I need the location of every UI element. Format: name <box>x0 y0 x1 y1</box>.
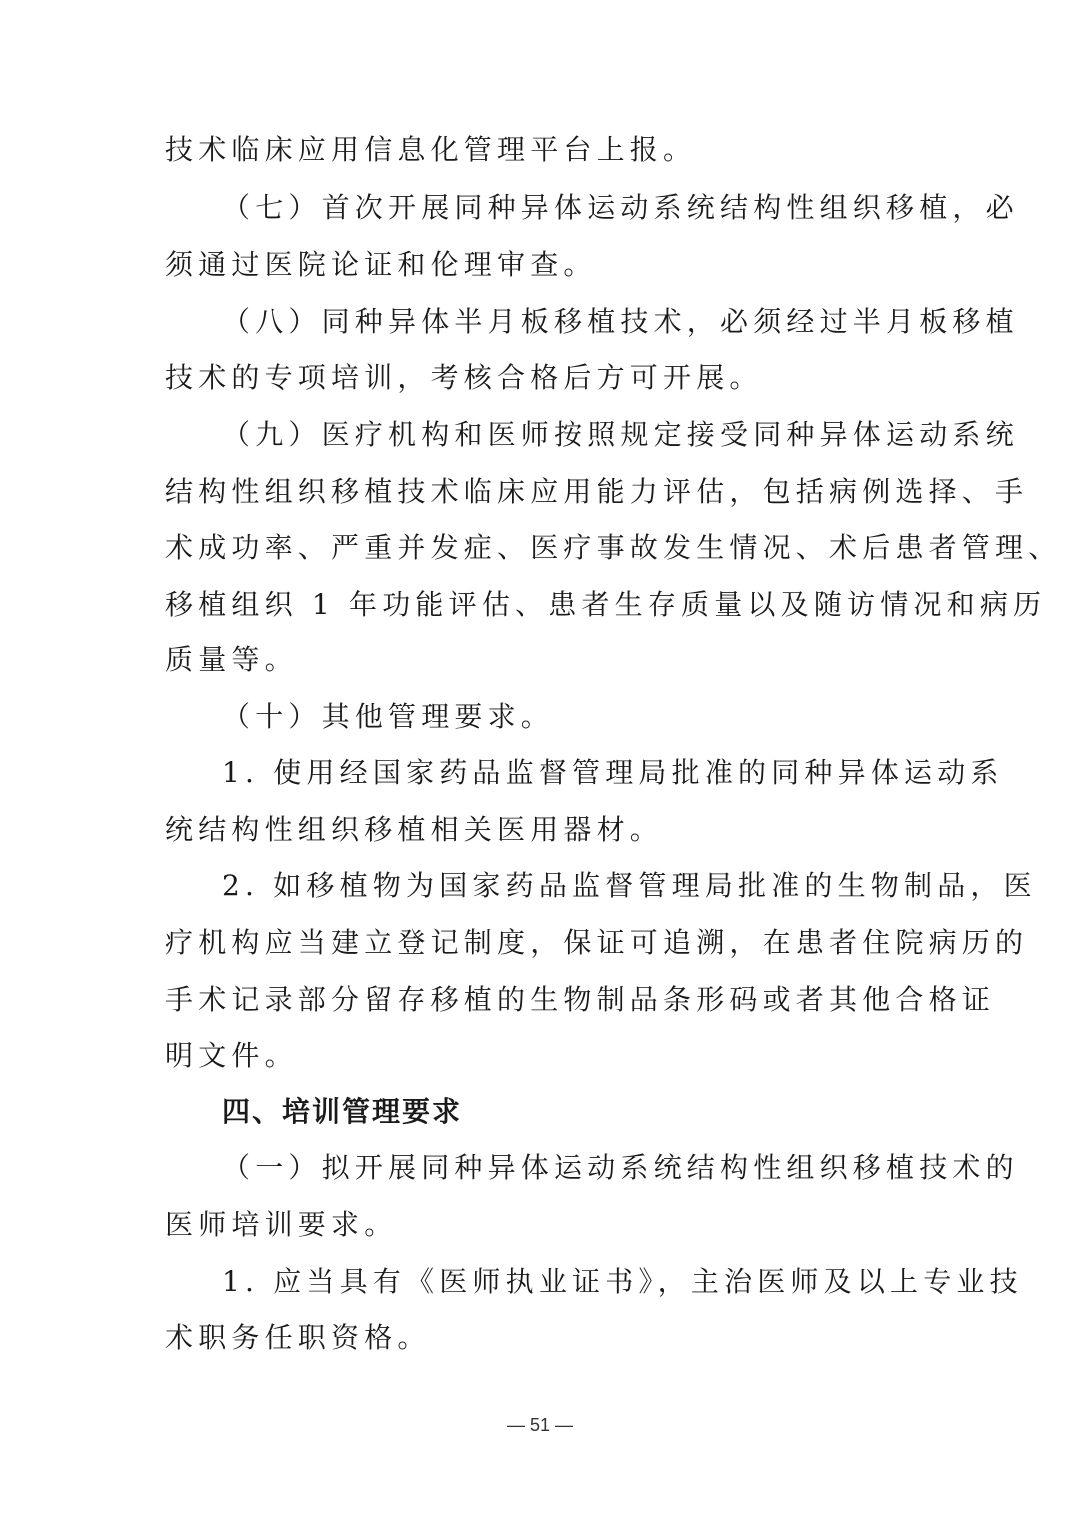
paragraph-line: 结构性组织移植技术临床应用能力评估，包括病例选择、手 <box>165 472 915 512</box>
paragraph-line: 2. 如移植物为国家药品监督管理局批准的生物制品，医 <box>222 866 915 906</box>
page-number: — 51 — <box>0 1415 1080 1436</box>
section-heading: 四、培训管理要求 <box>222 1092 915 1132</box>
paragraph-line: 统结构性组织移植相关医用器材。 <box>165 810 915 850</box>
paragraph-line: （一）拟开展同种异体运动系统结构性组织移植技术的 <box>222 1148 915 1188</box>
paragraph-line: （八）同种异体半月板移植技术，必须经过半月板移植 <box>222 302 915 342</box>
paragraph-line: 术职务任职资格。 <box>165 1318 915 1358</box>
paragraph-line: （七）首次开展同种异体运动系统结构性组织移植，必 <box>222 188 915 228</box>
paragraph-line: 1. 应当具有《医师执业证书》，主治医师及以上专业技 <box>222 1262 915 1302</box>
paragraph-line: 技术的专项培训，考核合格后方可开展。 <box>165 358 915 398</box>
paragraph-line: 明文件。 <box>165 1036 915 1076</box>
paragraph-line: 技术临床应用信息化管理平台上报。 <box>165 130 915 170</box>
paragraph-line: （九）医疗机构和医师按照规定接受同种异体运动系统 <box>222 415 915 455</box>
paragraph-line: （十）其他管理要求。 <box>222 697 915 737</box>
paragraph-line: 术成功率、严重并发症、医疗事故发生情况、术后患者管理、 <box>165 528 915 568</box>
paragraph-line: 移植组织 1 年功能评估、患者生存质量以及随访情况和病历 <box>165 585 915 625</box>
paragraph-line: 质量等。 <box>165 640 915 680</box>
paragraph-line: 手术记录部分留存移植的生物制品条形码或者其他合格证 <box>165 980 915 1020</box>
paragraph-line: 疗机构应当建立登记制度，保证可追溯，在患者住院病历的 <box>165 923 915 963</box>
paragraph-line: 须通过医院论证和伦理审查。 <box>165 245 915 285</box>
document-page: 技术临床应用信息化管理平台上报。 （七）首次开展同种异体运动系统结构性组织移植，… <box>0 0 1080 1526</box>
paragraph-line: 1. 使用经国家药品监督管理局批准的同种异体运动系 <box>222 753 915 793</box>
paragraph-line: 医师培训要求。 <box>165 1205 915 1245</box>
